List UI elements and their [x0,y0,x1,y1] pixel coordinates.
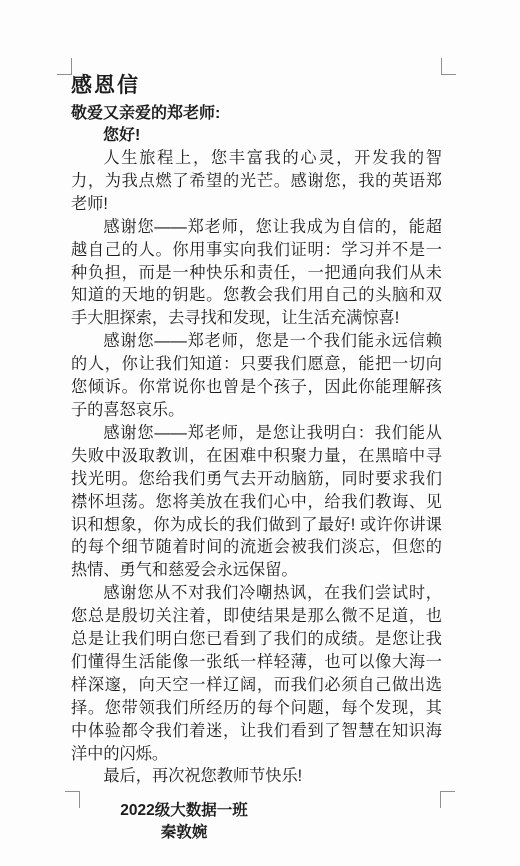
signature-block: 2022级大数据一班 秦敦婉 [71,800,297,844]
body-paragraph: 感谢您从不对我们冷嘲热讽，在我们尝试时，您总是殷切关注着，即使结果是那么微不足道… [71,582,442,765]
body-paragraph: 人生旅程上，您丰富我的心灵，开发我的智力，为我点燃了希望的光芒。感谢您，我的英语… [71,147,442,216]
salutation-line: 敬爱又亲爱的郑老师: [71,103,442,125]
margin-mark-top-right [441,58,456,75]
signature-class-line: 2022级大数据一班 [71,800,297,822]
greeting-line: 您好! [71,125,442,147]
body-paragraph: 感谢您——郑老师，您让我成为自信的，能超越自己的人。你用事实向我们证明：学习并不… [71,216,442,331]
letter-content: 感恩信 敬爱又亲爱的郑老师: 您好! 人生旅程上，您丰富我的心灵，开发我的智力，… [71,72,442,844]
body-paragraph: 最后，再次祝您教师节快乐! [71,765,442,788]
letter-page: 感恩信 敬爱又亲爱的郑老师: 您好! 人生旅程上，您丰富我的心灵，开发我的智力，… [0,0,520,866]
body-paragraph: 感谢您——郑老师，您是一个我们能永远信赖的人，你让我们知道：只要我们愿意，能把一… [71,330,442,422]
body-paragraph: 感谢您——郑老师，是您让我明白：我们能从失败中汲取教训，在困难中积聚力量，在黑暗… [71,422,442,582]
letter-body: 人生旅程上，您丰富我的心灵，开发我的智力，为我点燃了希望的光芒。感谢您，我的英语… [71,147,442,788]
signature-name-line: 秦敦婉 [71,822,297,844]
letter-title: 感恩信 [71,72,442,99]
margin-mark-top-left [57,58,72,75]
margin-mark-bottom-right [440,791,455,808]
